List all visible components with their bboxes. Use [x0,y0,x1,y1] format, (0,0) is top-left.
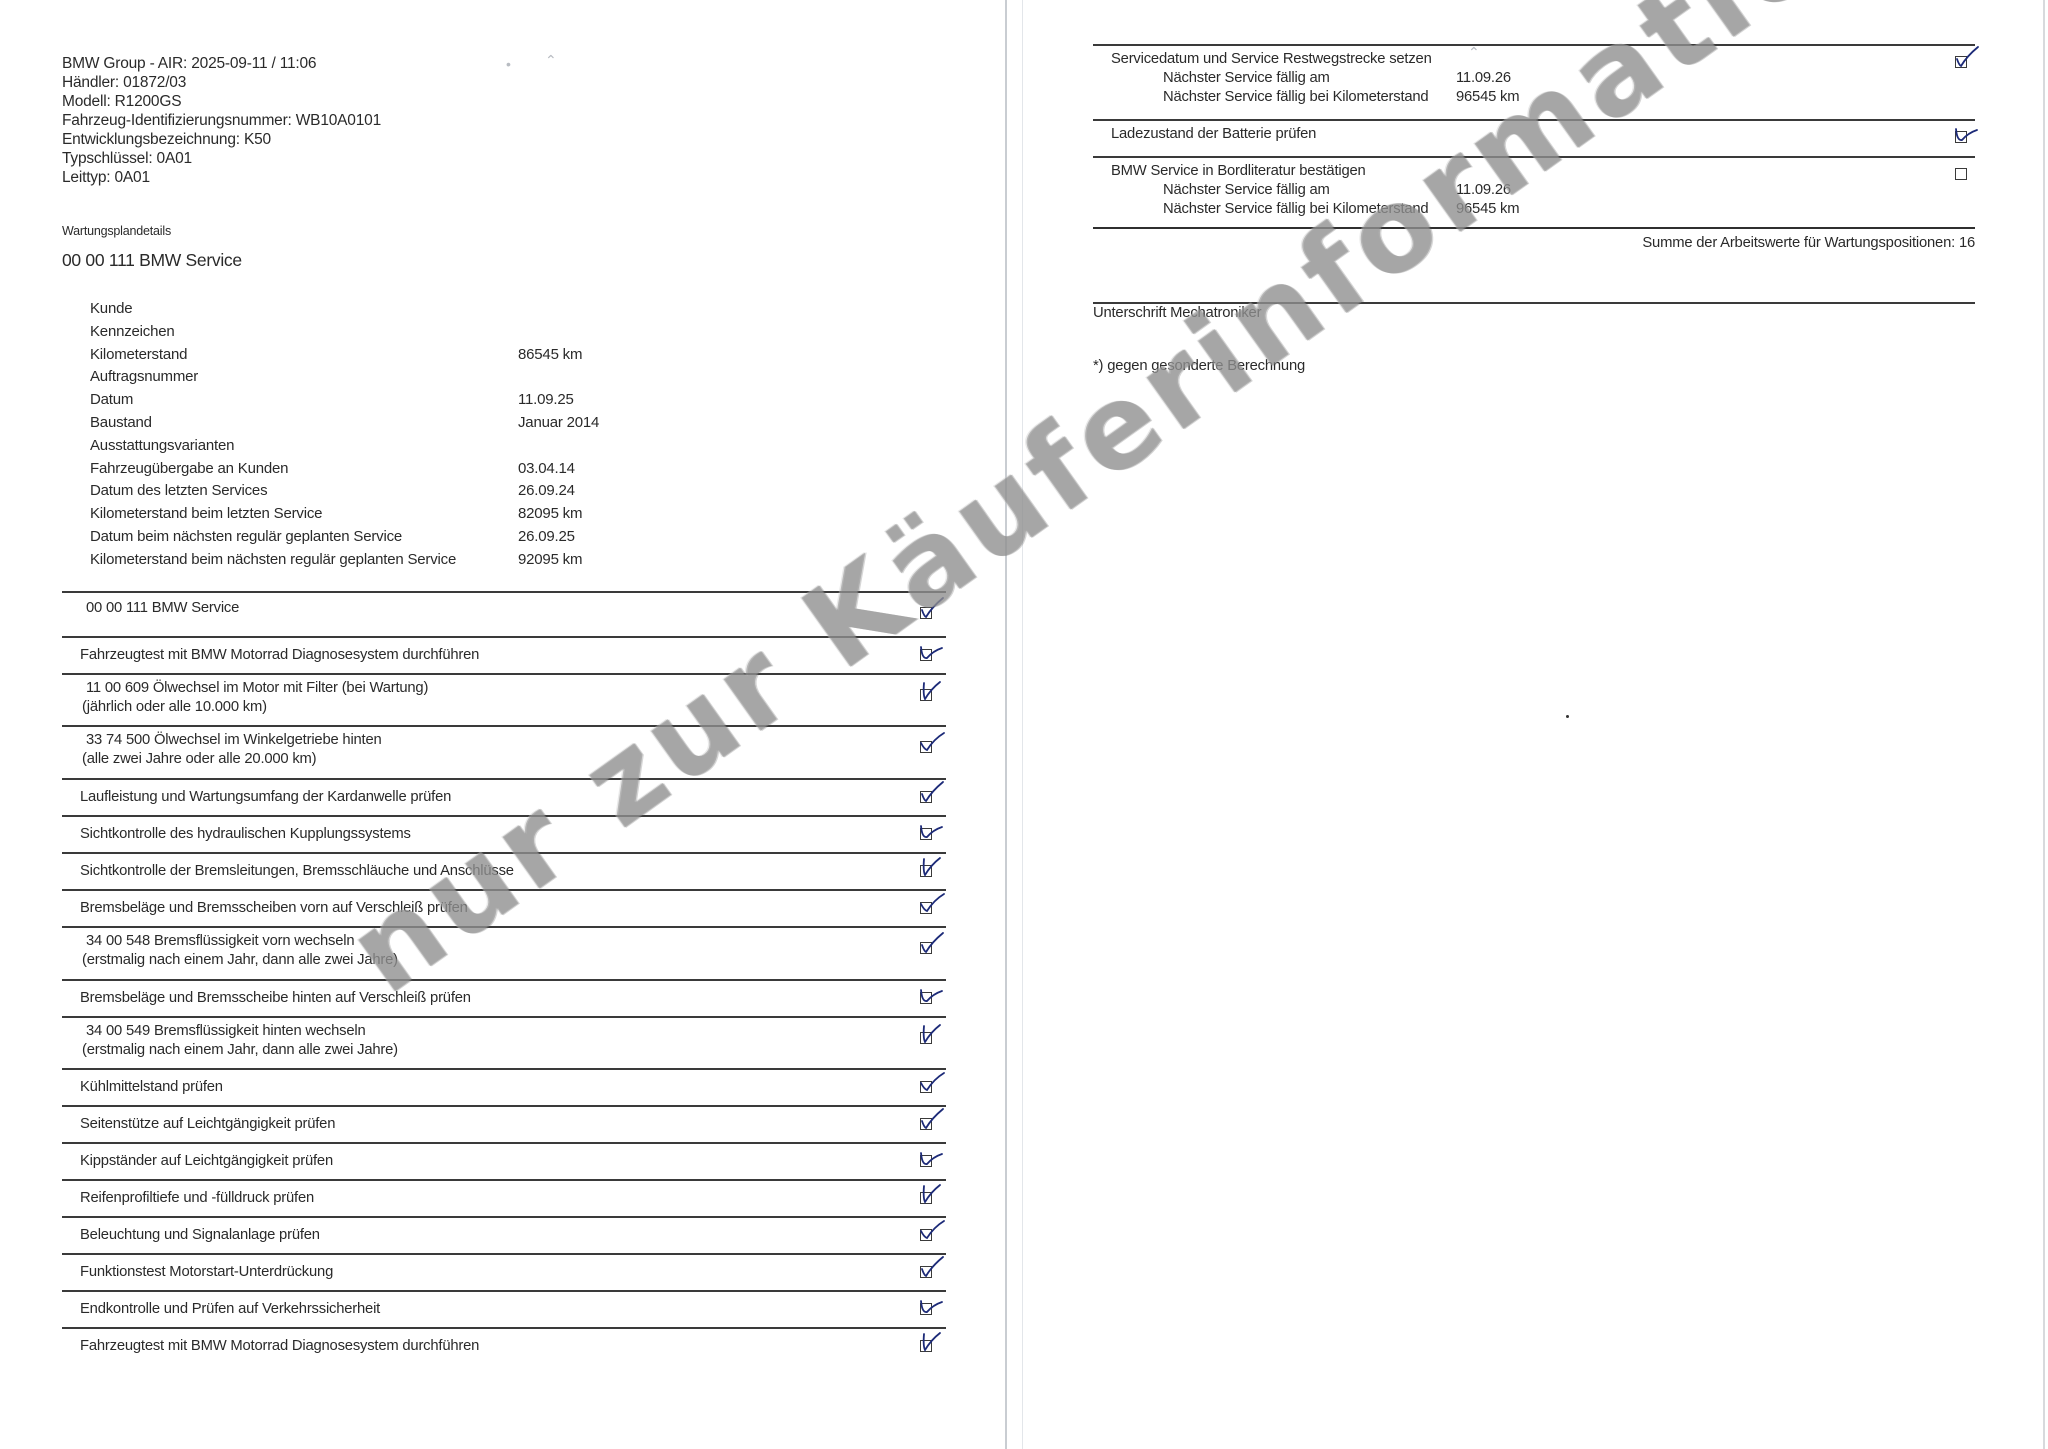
task-text: Bremsbeläge und Bremsscheibe hinten auf … [80,989,471,1008]
task-row: Reifenprofiltiefe und -fülldruck prüfen [62,1179,946,1216]
handwritten-checkmark-icon [916,890,946,922]
handwritten-checkmark-icon [916,779,946,811]
task-text: 11 00 609 Ölwechsel im Motor mit Filter … [86,679,428,717]
vehicle-header: BMW Group - AIR: 2025-09-11 / 11:06 Händ… [62,54,381,187]
detail-value: Januar 2014 [518,414,599,431]
detail-value: 92095 km [518,551,582,568]
header-line-lead-type: Leittyp: 0A01 [62,168,381,187]
task-row: Funktionstest Motorstart-Unterdrückung [62,1253,946,1290]
plan-details-label: Wartungsplandetails [62,224,171,238]
task-text: 34 00 548 Bremsflüssigkeit vorn wechseln… [86,932,398,970]
page-edge-right [2043,0,2045,1449]
page-divider-shadow [1022,0,1023,1449]
task-interval-note: (erstmalig nach einem Jahr, dann alle zw… [82,1041,398,1060]
detail-value: 03.04.14 [518,460,575,477]
task-title: BMW Service in Bordliteratur bestätigen [1111,162,1366,181]
scan-artifact [1566,715,1569,718]
header-line-dealer: Händler: 01872/03 [62,73,381,92]
task-title: Laufleistung und Wartungsumfang der Kard… [80,788,451,807]
handwritten-checkmark-icon [916,1143,946,1175]
detail-label: Fahrzeugübergabe an Kunden [90,460,288,477]
task-text: Kippständer auf Leichtgängigkeit prüfen [80,1152,333,1171]
detail-label: Auftragsnummer [90,368,198,385]
task-text: Beleuchtung und Signalanlage prüfen [80,1226,320,1245]
handwritten-checkmark-icon [916,1217,946,1249]
handwritten-checkmark-icon [1951,119,1981,151]
handwritten-checkmark-icon [916,677,946,709]
handwritten-checkmark-icon [916,1291,946,1323]
task-row: Beleuchtung und Signalanlage prüfen [62,1216,946,1253]
detail-label: Ausstattungsvarianten [90,437,234,454]
next-service-value: 11.09.26 [1456,181,1511,200]
task-title: Funktionstest Motorstart-Unterdrückung [80,1263,333,1282]
task-title: Kippständer auf Leichtgängigkeit prüfen [80,1152,333,1171]
plan-title: 00 00 111 BMW Service [62,250,242,271]
detail-value: 26.09.24 [518,482,575,499]
task-row: Sichtkontrolle des hydraulischen Kupplun… [62,815,946,852]
task-text: Fahrzeugtest mit BMW Motorrad Diagnosesy… [80,646,479,665]
footnote: *) gegen gesonderte Berechnung [1093,358,1305,374]
detail-label: Datum [90,391,133,408]
task-title: Ladezustand der Batterie prüfen [1111,125,1316,144]
task-row: BMW Service in Bordliteratur bestätigenN… [1093,156,1975,227]
header-line-air: BMW Group - AIR: 2025-09-11 / 11:06 [62,54,381,73]
task-row: 34 00 549 Bremsflüssigkeit hinten wechse… [62,1016,946,1068]
task-row: Laufleistung und Wartungsumfang der Kard… [62,778,946,815]
task-text: Endkontrolle und Prüfen auf Verkehrssich… [80,1300,380,1319]
header-line-vin: Fahrzeug-Identifizierungsnummer: WB10A01… [62,111,381,130]
next-service-label: Nächster Service fällig am [1163,69,1330,88]
detail-label: Kilometerstand [90,346,187,363]
handwritten-checkmark-icon [1951,44,1981,76]
task-row: 11 00 609 Ölwechsel im Motor mit Filter … [62,673,946,725]
labor-sum: Summe der Arbeitswerte für Wartungsposit… [1642,235,1975,251]
task-row: Endkontrolle und Prüfen auf Verkehrssich… [62,1290,946,1327]
handwritten-checkmark-icon [916,1180,946,1212]
task-interval-note: (jährlich oder alle 10.000 km) [82,698,428,717]
handwritten-checkmark-icon [916,853,946,885]
task-row: Kühlmittelstand prüfen [62,1068,946,1105]
detail-label: Datum des letzten Services [90,482,267,499]
detail-label: Kilometerstand beim nächsten regulär gep… [90,551,456,568]
task-text: Kühlmittelstand prüfen [80,1078,223,1097]
handwritten-checkmark-icon [916,980,946,1012]
next-service-label: Nächster Service fällig am [1163,181,1330,200]
task-row: Seitenstütze auf Leichtgängigkeit prüfen [62,1105,946,1142]
task-title: Kühlmittelstand prüfen [80,1078,223,1097]
next-service-value: 96545 km [1456,88,1519,107]
task-title: 00 00 111 BMW Service [86,599,239,618]
detail-value: 82095 km [518,505,582,522]
task-title: 34 00 548 Bremsflüssigkeit vorn wechseln [86,932,398,951]
task-row: Bremsbeläge und Bremsscheibe hinten auf … [62,979,946,1016]
task-text: Sichtkontrolle des hydraulischen Kupplun… [80,825,411,844]
detail-label: Kunde [90,300,132,317]
task-title: Fahrzeugtest mit BMW Motorrad Diagnosesy… [80,646,479,665]
handwritten-checkmark-icon [916,595,946,627]
scan-artifact: ⌃ [545,52,557,69]
task-title: Sichtkontrolle der Bremsleitungen, Brems… [80,862,514,881]
task-text: Fahrzeugtest mit BMW Motorrad Diagnosesy… [80,1337,479,1356]
handwritten-checkmark-icon [916,1106,946,1138]
task-text: Bremsbeläge und Bremsscheiben vorn auf V… [80,899,468,918]
header-line-model: Modell: R1200GS [62,92,381,111]
header-line-dev-code: Entwicklungsbezeichnung: K50 [62,130,381,149]
task-title: Servicedatum und Service Restwegstrecke … [1111,50,1432,69]
handwritten-checkmark-icon [916,816,946,848]
maintenance-task-table-continued: Servicedatum und Service Restwegstrecke … [1093,44,1975,227]
task-text: 00 00 111 BMW Service [86,599,239,618]
detail-label: Baustand [90,414,152,431]
page-divider [1005,0,1007,1449]
task-row: Fahrzeugtest mit BMW Motorrad Diagnosesy… [62,636,946,673]
task-row: Servicedatum und Service Restwegstrecke … [1093,44,1975,119]
handwritten-checkmark-icon [916,1328,946,1360]
task-interval-note: (erstmalig nach einem Jahr, dann alle zw… [82,951,398,970]
handwritten-checkmark-icon [916,729,946,761]
handwritten-checkmark-icon [916,1069,946,1101]
task-title: Sichtkontrolle des hydraulischen Kupplun… [80,825,411,844]
task-row: Fahrzeugtest mit BMW Motorrad Diagnosesy… [62,1327,946,1369]
scan-artifact: • [506,56,511,72]
task-title: Bremsbeläge und Bremsscheiben vorn auf V… [80,899,468,918]
signature-line [1093,302,1975,304]
task-text: 33 74 500 Ölwechsel im Winkelgetriebe hi… [86,731,382,769]
maintenance-task-table: 00 00 111 BMW ServiceFahrzeugtest mit BM… [62,591,946,1369]
handwritten-checkmark-icon [916,1254,946,1286]
task-title: Reifenprofiltiefe und -fülldruck prüfen [80,1189,314,1208]
detail-value: 26.09.25 [518,528,575,545]
task-title: Seitenstütze auf Leichtgängigkeit prüfen [80,1115,335,1134]
next-service-label: Nächster Service fällig bei Kilometersta… [1163,88,1428,107]
task-row: Ladezustand der Batterie prüfen [1093,119,1975,156]
handwritten-checkmark-icon [916,1020,946,1052]
task-title: Bremsbeläge und Bremsscheibe hinten auf … [80,989,471,1008]
task-title: 34 00 549 Bremsflüssigkeit hinten wechse… [86,1022,398,1041]
task-text: Reifenprofiltiefe und -fülldruck prüfen [80,1189,314,1208]
task-title: 33 74 500 Ölwechsel im Winkelgetriebe hi… [86,731,382,750]
task-title: 11 00 609 Ölwechsel im Motor mit Filter … [86,679,428,698]
signature-label: Unterschrift Mechatroniker [1093,305,1261,321]
task-row: 00 00 111 BMW Service [62,591,946,636]
detail-value: 86545 km [518,346,582,363]
task-text: Sichtkontrolle der Bremsleitungen, Brems… [80,862,514,881]
next-service-value: 11.09.26 [1456,69,1511,88]
detail-value: 11.09.25 [518,391,574,408]
task-title: Fahrzeugtest mit BMW Motorrad Diagnosesy… [80,1337,479,1356]
empty-checkbox[interactable] [1955,168,1967,180]
task-row: Bremsbeläge und Bremsscheiben vorn auf V… [62,889,946,926]
task-row: Kippständer auf Leichtgängigkeit prüfen [62,1142,946,1179]
next-service-value: 96545 km [1456,200,1519,219]
task-title: Beleuchtung und Signalanlage prüfen [80,1226,320,1245]
handwritten-checkmark-icon [916,637,946,669]
detail-label: Kilometerstand beim letzten Service [90,505,322,522]
detail-label: Kennzeichen [90,323,175,340]
task-row: 34 00 548 Bremsflüssigkeit vorn wechseln… [62,926,946,979]
task-title: Endkontrolle und Prüfen auf Verkehrssich… [80,1300,380,1319]
task-text: Laufleistung und Wartungsumfang der Kard… [80,788,451,807]
next-service-label: Nächster Service fällig bei Kilometersta… [1163,200,1428,219]
task-interval-note: (alle zwei Jahre oder alle 20.000 km) [82,750,382,769]
detail-label: Datum beim nächsten regulär geplanten Se… [90,528,402,545]
task-text: Funktionstest Motorstart-Unterdrückung [80,1263,333,1282]
task-row: Sichtkontrolle der Bremsleitungen, Brems… [62,852,946,889]
table-bottom-rule [1093,227,1975,229]
handwritten-checkmark-icon [916,930,946,962]
task-text: Seitenstütze auf Leichtgängigkeit prüfen [80,1115,335,1134]
task-text: 34 00 549 Bremsflüssigkeit hinten wechse… [86,1022,398,1060]
task-row: 33 74 500 Ölwechsel im Winkelgetriebe hi… [62,725,946,778]
header-line-type-key: Typschlüssel: 0A01 [62,149,381,168]
